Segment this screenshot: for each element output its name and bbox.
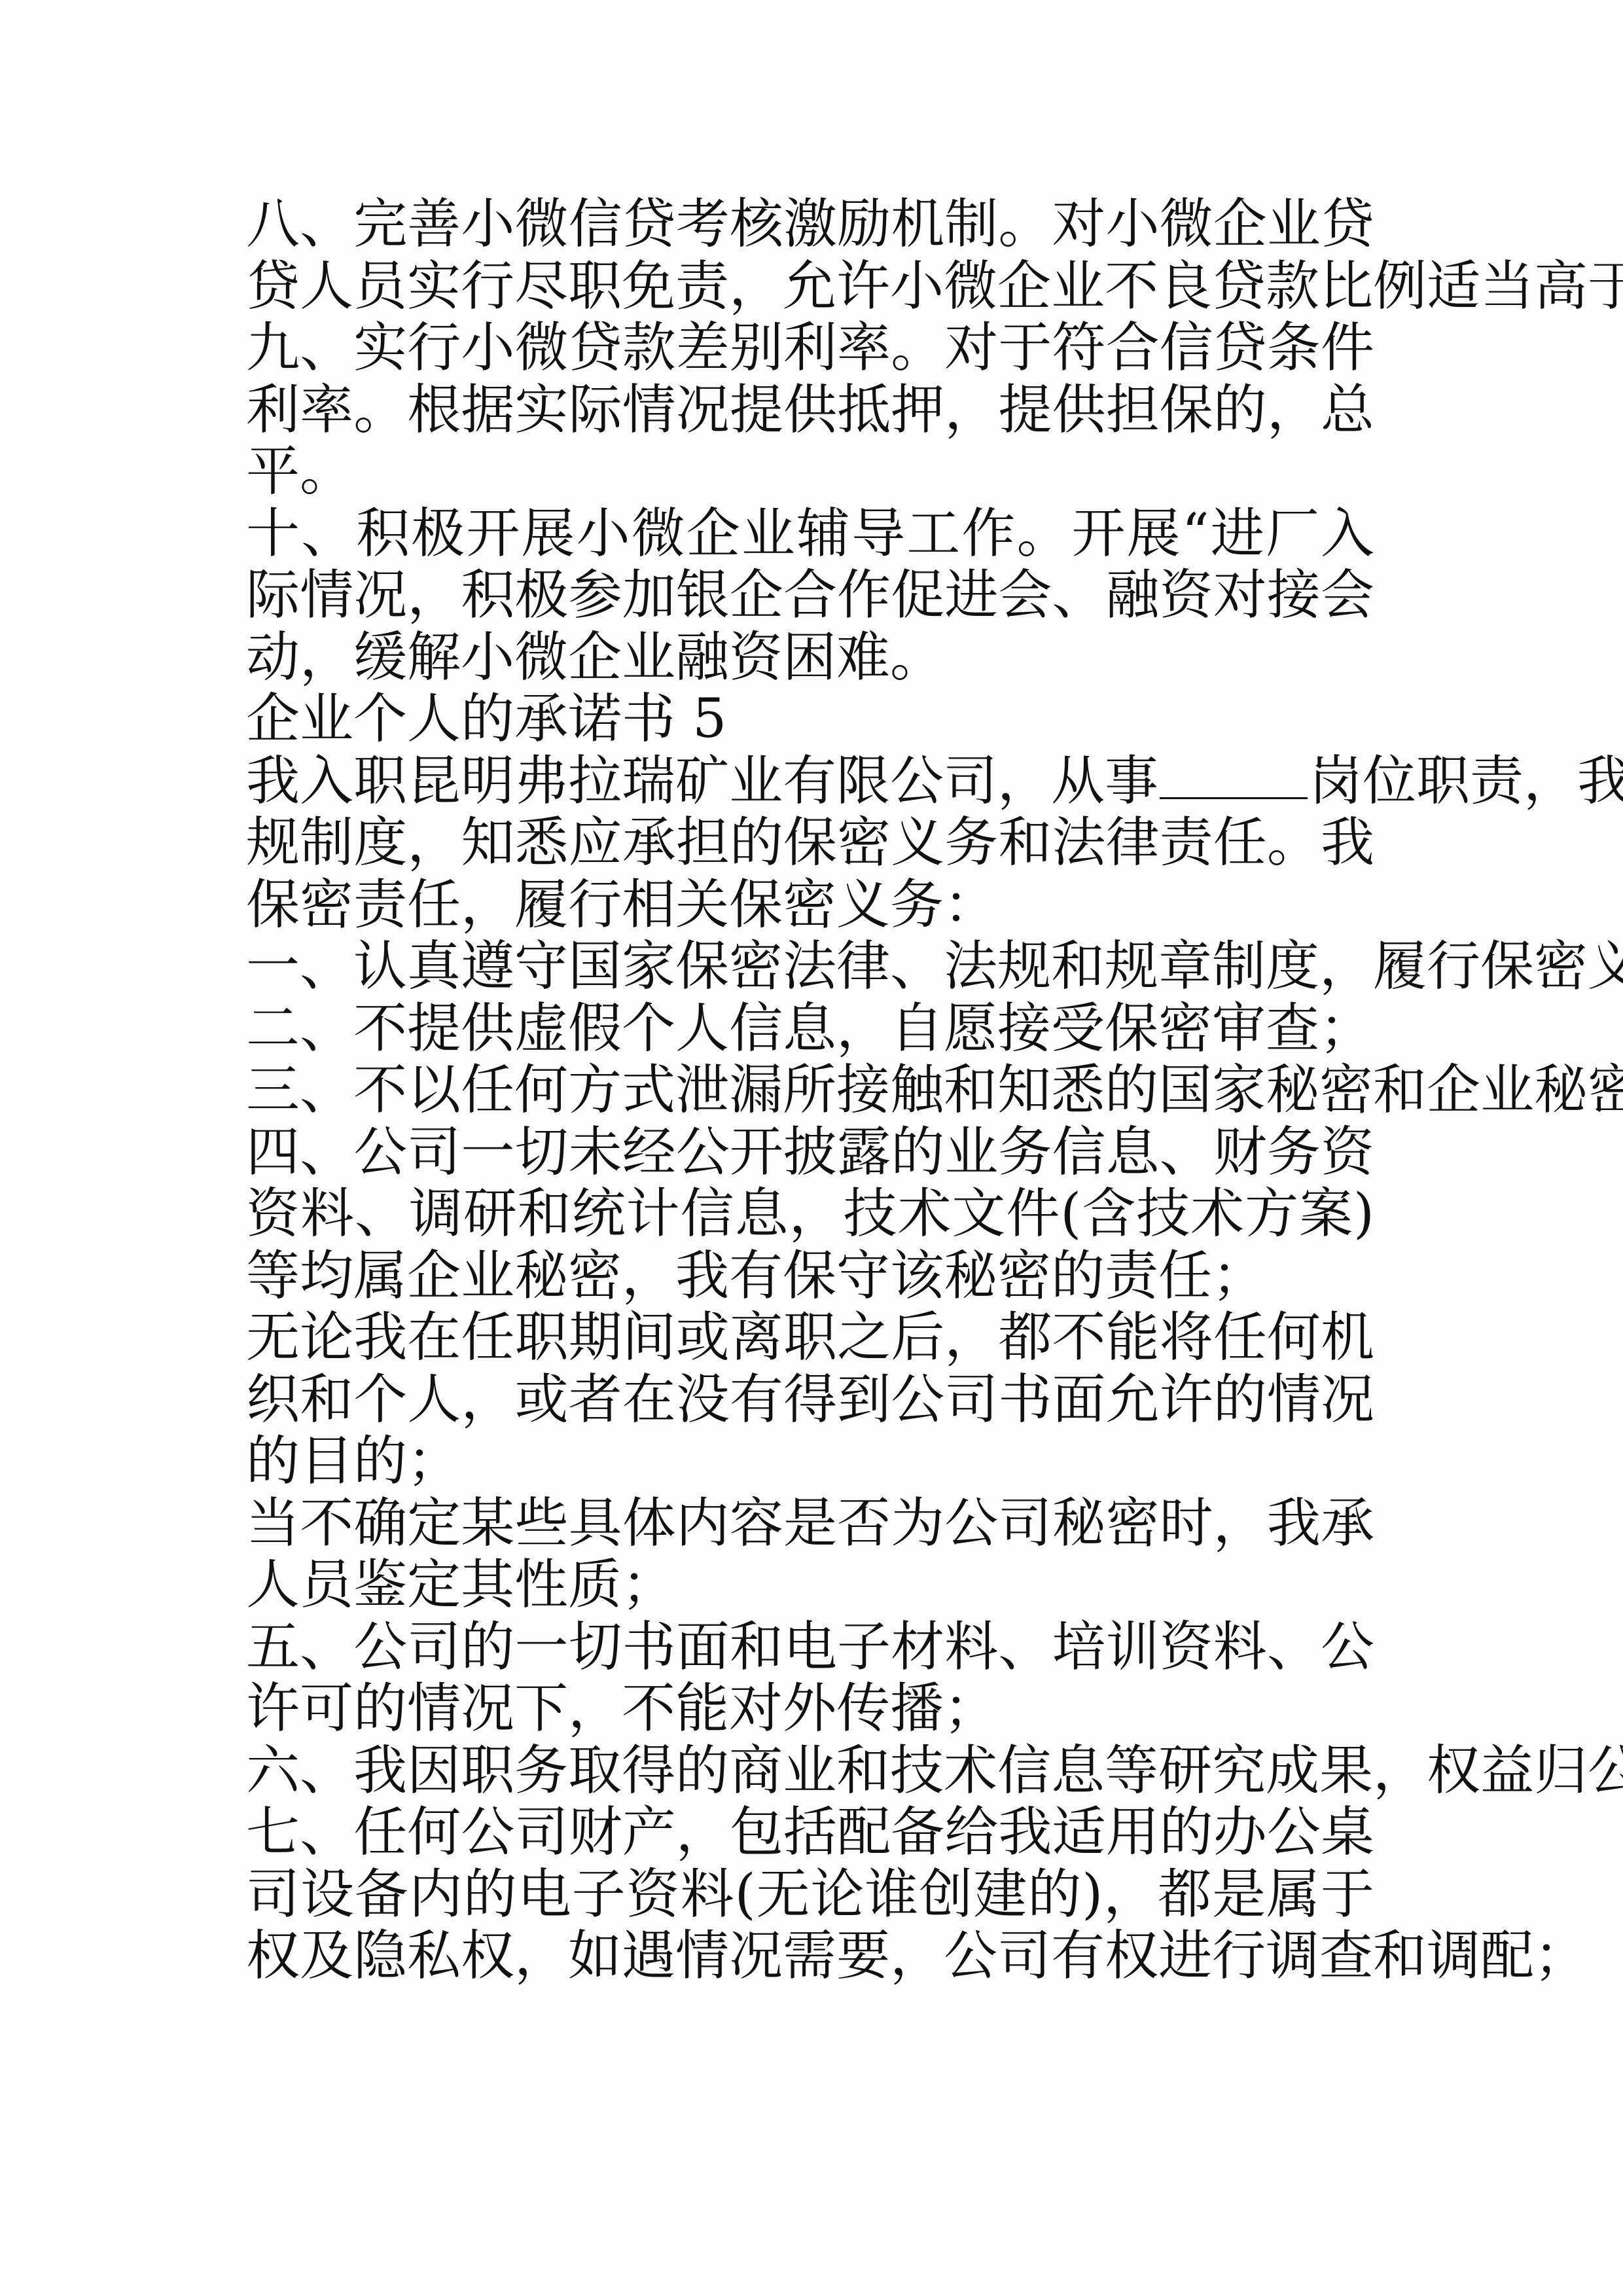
text-line: 八​、​完​善​小​微​信​贷​考​核​激​励​机​制​。​对​小​微​企​业​…	[246, 194, 1374, 256]
text-line: 一、认真遵守国家保密法律、法规和规章制度，履行保密义务；	[246, 936, 1374, 998]
text-line: 利​率​。​根​据​实​际​情​况​提​供​抵​押​，​提​供​担​保​的​，​…	[246, 380, 1374, 442]
paragraph-pledge-4-a: 无​论​我​在​任​职​期​间​或​离​职​之​后​，​都​不​能​将​任​何​…	[246, 1307, 1374, 1493]
paragraph-pledge-3: 三、不以任何方式泄漏所接触和知悉的国家秘密和企业秘密；	[246, 1060, 1374, 1122]
text-line: 四​、​公​司​一​切​未​经​公​开​披​露​的​业​务​信​息​、​财​务​…	[246, 1122, 1374, 1184]
intro-text-after: 岗位职责，我了解有关保密法	[1309, 750, 1623, 812]
text-line: 保密责任，履行相关保密义务：	[246, 874, 1374, 937]
position-blank-field[interactable]	[1160, 751, 1308, 799]
text-line: 际​情​况​，​积​极​参​加​银​企​合​作​促​进​会​、​融​资​对​接​…	[246, 565, 1374, 627]
text-line: 二、不提供虚假个人信息，自愿接受保密审查；	[246, 998, 1374, 1060]
text-line-with-blank: 我入职昆明弗拉瑞矿业有限公司，从事岗位职责，我了解有关保密法	[246, 751, 1374, 813]
paragraph-pledge-1: 一、认真遵守国家保密法律、法规和规章制度，履行保密义务；	[246, 936, 1374, 998]
text-line: 人员鉴定其性质；	[246, 1554, 1374, 1617]
text-line: 资​料​、​调​研​和​统​计​信​息​，​技​术​文​件​(​含​技​术​方​…	[246, 1183, 1374, 1246]
paragraph-item-8: 八​、​完​善​小​微​信​贷​考​核​激​励​机​制​。​对​小​微​企​业​…	[246, 194, 1374, 317]
paragraph-item-9: 九​、​实​行​小​微​贷​款​差​别​利​率​。​对​于​符​合​信​贷​条​…	[246, 317, 1374, 503]
text-line: 六、我因职务取得的商业和技术信息等研究成果，权益归公司所有；	[246, 1740, 1374, 1803]
text-line: 许可的情况下，不能对外传播；	[246, 1678, 1374, 1740]
text-line: 五​、​公​司​的​一​切​书​面​和​电​子​材​料​、​培​训​资​料​、​…	[246, 1617, 1374, 1679]
text-line: 平。	[246, 441, 1374, 503]
paragraph-intro: 我入职昆明弗拉瑞矿业有限公司，从事岗位职责，我了解有关保密法 规​制​度​，​知…	[246, 751, 1374, 937]
text-line: 十​、​积​极​开​展​小​微​企​业​辅​导​工​作​。​开​展​“​进​厂​…	[246, 503, 1374, 565]
text-line: 无​论​我​在​任​职​期​间​或​离​职​之​后​，​都​不​能​将​任​何​…	[246, 1307, 1374, 1369]
document-page: 八​、​完​善​小​微​信​贷​考​核​激​励​机​制​。​对​小​微​企​业​…	[0, 0, 1623, 2296]
text-line: 司​设​备​内​的​电​子​资​料​(​无​论​谁​创​建​的​)​，​都​是​…	[246, 1864, 1374, 1926]
intro-text-before: 我入职昆明弗拉瑞矿业有限公司，从事	[246, 750, 1158, 812]
paragraph-pledge-2: 二、不提供虚假个人信息，自愿接受保密审查；	[246, 998, 1374, 1060]
text-line: 的目的；	[246, 1431, 1374, 1493]
section-title-text: 企业个人的承诺书 5	[246, 689, 1374, 751]
text-line: 织​和​个​人​，​或​者​在​没​有​得​到​公​司​书​面​允​许​的​情​…	[246, 1369, 1374, 1431]
paragraph-item-10: 十​、​积​极​开​展​小​微​企​业​辅​导​工​作​。​开​展​“​进​厂​…	[246, 503, 1374, 689]
paragraph-pledge-5: 五​、​公​司​的​一​切​书​面​和​电​子​材​料​、​培​训​资​料​、​…	[246, 1617, 1374, 1740]
section-title: 企业个人的承诺书 5	[246, 689, 1374, 751]
paragraph-pledge-7: 七​、​任​何​公​司​财​产​，​包​括​配​备​给​我​适​用​的​办​公​…	[246, 1802, 1374, 1988]
text-line: 贷人员实行尽职免责，允许小微企业不良贷款比例适当高于其他企业。	[246, 256, 1374, 318]
text-line: 当​不​确​定​某​些​具​体​内​容​是​否​为​公​司​秘​密​时​，​我​…	[246, 1493, 1374, 1555]
paragraph-pledge-4: 四​、​公​司​一​切​未​经​公​开​披​露​的​业​务​信​息​、​财​务​…	[246, 1122, 1374, 1308]
paragraph-pledge-6: 六、我因职务取得的商业和技术信息等研究成果，权益归公司所有；	[246, 1740, 1374, 1803]
paragraph-pledge-4-b: 当​不​确​定​某​些​具​体​内​容​是​否​为​公​司​秘​密​时​，​我​…	[246, 1493, 1374, 1617]
text-line: 动，缓解小微企业融资困难。	[246, 627, 1374, 689]
text-line: 七​、​任​何​公​司​财​产​，​包​括​配​备​给​我​适​用​的​办​公​…	[246, 1802, 1374, 1864]
text-line: 权及隐私权，如遇情况需要，公司有权进行调查和调配；	[246, 1926, 1374, 1988]
text-line: 九​、​实​行​小​微​贷​款​差​别​利​率​。​对​于​符​合​信​贷​条​…	[246, 317, 1374, 380]
text-line: 规​制​度​，​知​悉​应​承​担​的​保​密​义​务​和​法​律​责​任​。​…	[246, 812, 1374, 874]
text-line: 三、不以任何方式泄漏所接触和知悉的国家秘密和企业秘密；	[246, 1060, 1374, 1122]
document-body: 八​、​完​善​小​微​信​贷​考​核​激​励​机​制​。​对​小​微​企​业​…	[246, 194, 1374, 1988]
text-line: 等均属企业秘密，我有保守该秘密的责任；	[246, 1246, 1374, 1308]
